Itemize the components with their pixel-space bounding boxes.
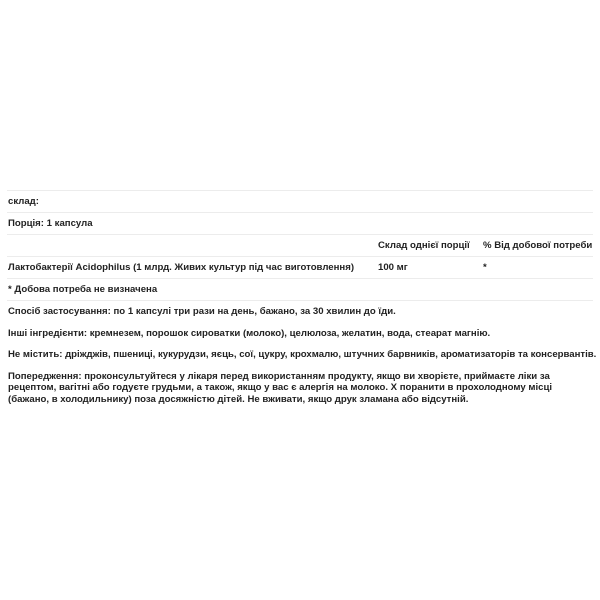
free-of-list: Не містить: дріжджів, пшениці, кукурудзи… [8,349,593,361]
ingredient-name: Лактобактерії Acidophilus (1 млрд. Живих… [7,257,377,278]
footnote-row: * Добова потреба не визначена [7,278,593,301]
facts-title: склад: [7,191,39,212]
warning-text: Попередження: проконсультуйтеся у лікаря… [8,371,593,406]
supplement-facts-table: склад: Порція: 1 капсула Склад однієї по… [7,190,593,301]
header-daily-value: % Від добової потреби [482,235,593,256]
serving-row: Порція: 1 капсула [7,212,593,234]
other-ingredients: Інші інгредієнти: кремнезем, порошок сир… [8,328,593,340]
daily-value-footnote: * Добова потреба не визначена [7,279,157,300]
table-row: Лактобактерії Acidophilus (1 млрд. Живих… [7,256,593,278]
serving-size: Порція: 1 капсула [7,213,93,234]
ingredient-daily-value: * [482,257,593,278]
usage-instructions: Спосіб застосування: по 1 капсулі три ра… [8,306,593,318]
facts-title-row: склад: [7,190,593,212]
header-amount: Склад однієї порції [377,235,482,256]
ingredient-amount: 100 мг [377,257,482,278]
header-row: Склад однієї порції % Від добової потреб… [7,234,593,256]
product-notes: Спосіб застосування: по 1 капсулі три ра… [8,306,593,415]
